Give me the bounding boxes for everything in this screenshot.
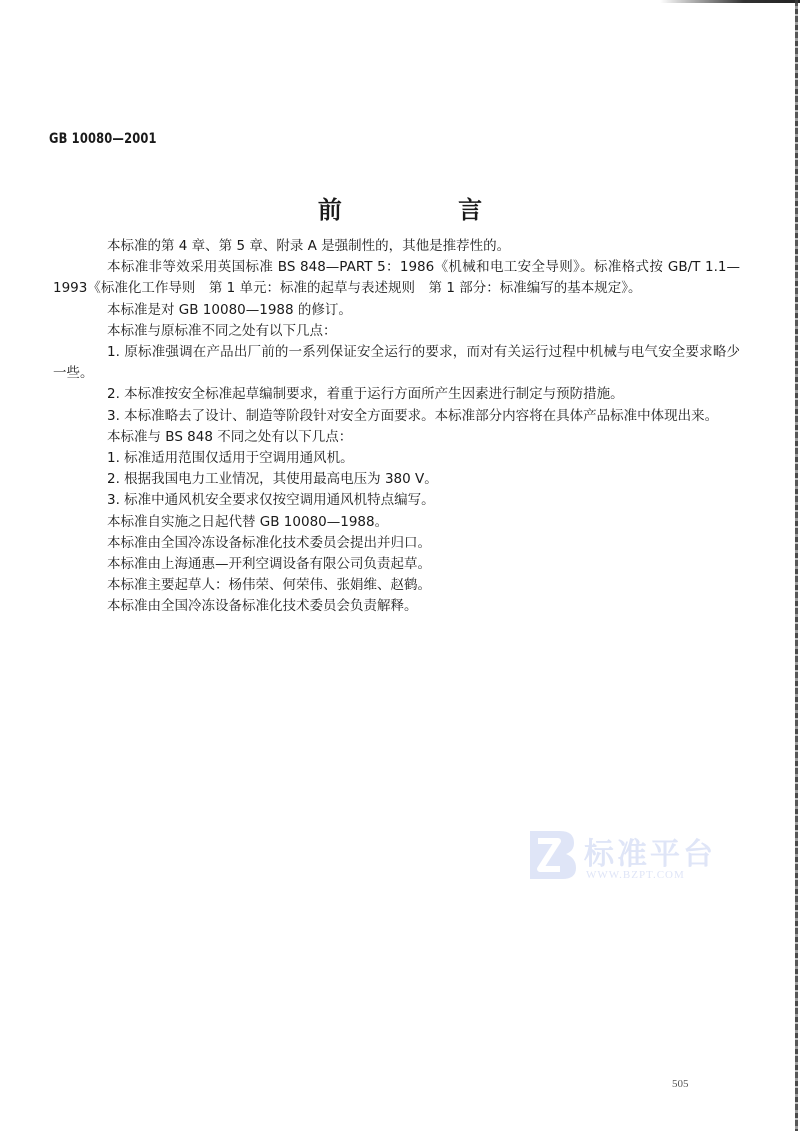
watermark: 标准平台 WWW.BZPT.COM	[526, 827, 726, 887]
paragraph: 本标准由上海通惠—开利空调设备有限公司负责起草。	[80, 554, 740, 575]
paragraph: 本标准由全国冷冻设备标准化技术委员会负责解释。	[80, 596, 740, 617]
bzpt-logo-icon	[526, 827, 578, 883]
paragraph: 本标准由全国冷冻设备标准化技术委员会提出并归口。	[80, 533, 740, 554]
paragraph: 3. 本标准略去了设计、制造等阶段针对安全方面要求。本标准部分内容将在具体产品标…	[53, 406, 740, 427]
paragraph: 2. 本标准按安全标准起草编制要求，着重于运行方面所产生因素进行制定与预防措施。	[80, 384, 740, 405]
paragraph: 本标准自实施之日起代替 GB 10080—1988。	[80, 512, 740, 533]
paragraph: 2. 根据我国电力工业情况，其使用最高电压为 380 V。	[80, 469, 740, 490]
paragraph: 本标准与 BS 848 不同之处有以下几点：	[80, 427, 740, 448]
paragraph: 1. 原标准强调在产品出厂前的一系列保证安全运行的要求，而对有关运行过程中机械与…	[53, 342, 740, 384]
paragraph: 本标准的第 4 章、第 5 章、附录 A 是强制性的，其他是推荐性的。	[80, 236, 740, 257]
foreword-body: 本标准的第 4 章、第 5 章、附录 A 是强制性的，其他是推荐性的。 本标准非…	[80, 236, 740, 618]
paragraph: 3. 标准中通风机安全要求仅按空调用通风机特点编写。	[80, 490, 740, 511]
paragraph: 本标准主要起草人：杨伟荣、何荣伟、张娟维、赵鹤。	[80, 575, 740, 596]
paragraph: 本标准非等效采用英国标准 BS 848—PART 5：1986《机械和电工安全导…	[53, 257, 740, 299]
watermark-text: 标准平台	[584, 829, 716, 873]
page-title: 前 言	[0, 190, 800, 225]
scan-edge-top	[660, 0, 800, 3]
page-number: 505	[672, 1078, 689, 1090]
paragraph: 1. 标准适用范围仅适用于空调用通风机。	[80, 448, 740, 469]
paragraph: 本标准与原标准不同之处有以下几点：	[80, 321, 740, 342]
watermark-url: WWW.BZPT.COM	[586, 869, 685, 881]
standard-code: GB 10080—2001	[49, 131, 157, 147]
scan-edge-right	[795, 0, 798, 1131]
paragraph: 本标准是对 GB 10080—1988 的修订。	[80, 300, 740, 321]
